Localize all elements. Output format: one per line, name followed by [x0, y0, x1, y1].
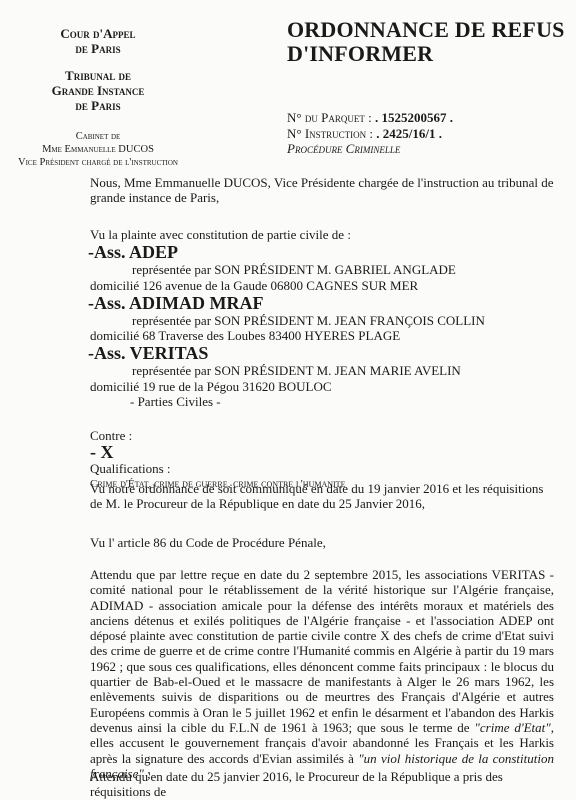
- association-representative: représentée par SON PRÉSIDENT M. JEAN FR…: [132, 313, 554, 328]
- case-references: N° du Parquet : . 1525200567 . N° Instru…: [287, 110, 453, 157]
- tribunal-line: Tribunal de: [0, 68, 196, 83]
- article-paragraph: Vu l' article 86 du Code de Procédure Pé…: [90, 535, 554, 550]
- parquet-label: N° du Parquet :: [287, 110, 375, 125]
- plainte-intro: Vu la plainte avec constitution de parti…: [90, 227, 554, 242]
- tribunal-line: Grande Instance: [0, 83, 196, 98]
- association-entry: -Ass. VERITAS représentée par SON PRÉSID…: [90, 343, 554, 394]
- attendu-text: Attendu que par lettre reçue en date du …: [90, 567, 554, 735]
- attendu-quote: "crime d'Etat": [474, 720, 550, 735]
- title-line: ORDONNANCE DE REFUS: [287, 18, 565, 42]
- procedure-type: Procédure Criminelle: [287, 141, 453, 157]
- cabinet-role: Vice Président chargé de l'instruction: [0, 156, 196, 169]
- document-title: ORDONNANCE DE REFUS D'INFORMER: [287, 18, 565, 66]
- association-representative: représentée par SON PRÉSIDENT M. GABRIEL…: [132, 262, 554, 277]
- instruction-label: N° Instruction :: [287, 126, 376, 141]
- association-name: -Ass. ADEP: [88, 242, 554, 262]
- instruction-value: . 2425/16/1 .: [376, 126, 442, 141]
- plaintiffs-section: Vu la plainte avec constitution de parti…: [90, 227, 554, 409]
- ordonnance-paragraph: Vu notre ordonnance de soit communiqué e…: [90, 481, 554, 512]
- court-line: Cour d'Appel: [0, 26, 196, 41]
- attendu-paragraph: Attendu que par lettre reçue en date du …: [90, 567, 554, 781]
- qualifications-label: Qualifications :: [90, 461, 554, 476]
- parquet-value: . 1525200567 .: [375, 110, 453, 125]
- association-address: domicilié 68 Traverse des Loubes 83400 H…: [90, 328, 554, 343]
- court-line: de Paris: [0, 41, 196, 56]
- attendu-paragraph-2: Attendu qu'en date du 25 janvier 2016, l…: [90, 769, 554, 800]
- association-address: domicilié 19 rue de la Pégou 31620 BOULO…: [90, 379, 554, 394]
- intro-paragraph: Nous, Mme Emmanuelle DUCOS, Vice Préside…: [90, 175, 554, 206]
- defendant-name: - X: [90, 443, 554, 461]
- association-address: domicilié 126 avenue de la Gaude 06800 C…: [90, 278, 554, 293]
- cabinet-judge: Mme Emmanuelle DUCOS: [0, 143, 196, 156]
- association-representative: représentée par SON PRÉSIDENT M. JEAN MA…: [132, 363, 554, 378]
- association-entry: -Ass. ADIMAD MRAF représentée par SON PR…: [90, 293, 554, 344]
- association-name: -Ass. ADIMAD MRAF: [88, 293, 554, 313]
- instruction-number: N° Instruction : . 2425/16/1 .: [287, 126, 453, 142]
- parquet-number: N° du Parquet : . 1525200567 .: [287, 110, 453, 126]
- association-entry: -Ass. ADEP représentée par SON PRÉSIDENT…: [90, 242, 554, 293]
- contre-label: Contre :: [90, 428, 554, 443]
- parties-civiles-label: - Parties Civiles -: [130, 394, 554, 409]
- tribunal-heading: Tribunal de Grande Instance de Paris: [0, 68, 196, 113]
- association-name: -Ass. VERITAS: [88, 343, 554, 363]
- tribunal-line: de Paris: [0, 98, 196, 113]
- cabinet-line: Cabinet de: [0, 130, 196, 143]
- title-line: D'INFORMER: [287, 42, 565, 66]
- court-of-appeal-heading: Cour d'Appel de Paris: [0, 26, 196, 56]
- cabinet-heading: Cabinet de Mme Emmanuelle DUCOS Vice Pré…: [0, 130, 196, 169]
